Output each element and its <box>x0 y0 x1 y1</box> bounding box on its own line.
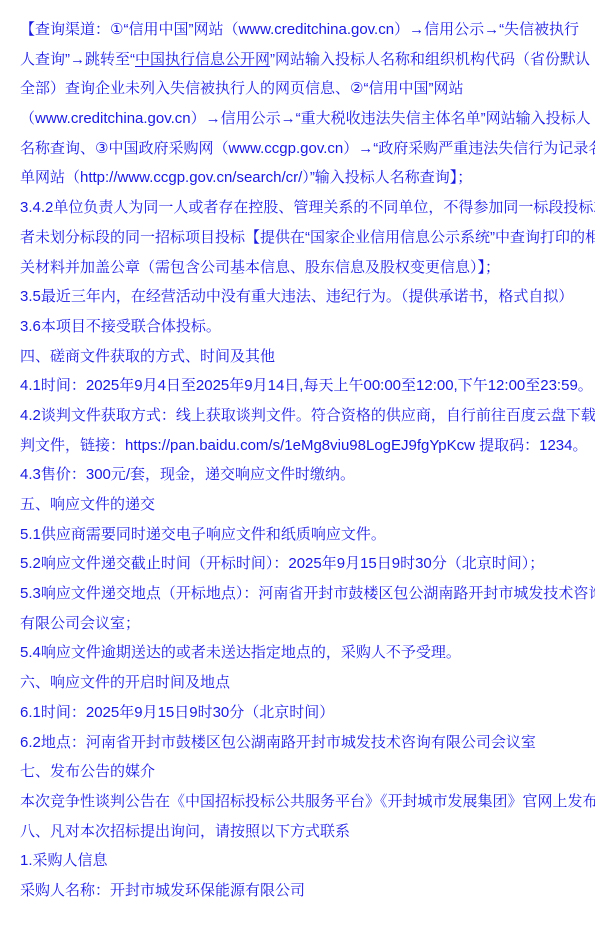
doc-section-heading: 七、发布公告的媒介 <box>20 757 595 787</box>
doc-line-text: 人查询”→跳转至“ <box>20 51 135 68</box>
doc-line: 6.2地点：河南省开封市鼓楼区包公湖南路开封市城发技术咨询有限公司会议室 <box>20 728 595 758</box>
doc-section-heading: 五、响应文件的递交 <box>20 490 595 520</box>
document-body: 【查询渠道：①“信用中国”网站（www.creditchina.gov.cn）→… <box>0 0 609 929</box>
doc-line: 5.2响应文件递交截止时间（开标时间）：2025年9月15日9时30分（北京时间… <box>20 549 595 579</box>
doc-line: 【查询渠道：①“信用中国”网站（www.creditchina.gov.cn）→… <box>20 15 595 45</box>
underlined-site-name: 中国执行信息公开网 <box>135 51 270 68</box>
doc-line: 4.2谈判文件获取方式：线上获取谈判文件。符合资格的供应商，自行前往百度云盘下载… <box>20 401 595 431</box>
doc-line: 5.4响应文件逾期送达的或者未送达指定地点的，采购人不予受理。 <box>20 638 595 668</box>
doc-line: 3.6本项目不接受联合体投标。 <box>20 312 595 342</box>
doc-line: 3.5最近三年内，在经营活动中没有重大违法、违纪行为。（提供承诺书，格式自拟） <box>20 282 595 312</box>
doc-line: 名称查询、③中国政府采购网（www.ccgp.gov.cn）→“政府采购严重违法… <box>20 134 595 164</box>
doc-line: 采购人名称：开封市城发环保能源有限公司 <box>20 876 595 906</box>
doc-line: 5.3响应文件递交地点（开标地点）：河南省开封市鼓楼区包公湖南路开封市城发技术咨… <box>20 579 595 609</box>
doc-line: 关材料并加盖公章（需包含公司基本信息、股东信息及股权变更信息）】； <box>20 253 595 283</box>
doc-line: 6.1时间：2025年9月15日9时30分（北京时间） <box>20 698 595 728</box>
doc-line: 5.1供应商需要同时递交电子响应文件和纸质响应文件。 <box>20 520 595 550</box>
doc-section-heading: 六、响应文件的开启时间及地点 <box>20 668 595 698</box>
doc-line-text: ”网站输入投标人名称和组织机构代码（省份默认 <box>270 51 590 68</box>
doc-line: 3.4.2单位负责人为同一人或者存在控股、管理关系的不同单位，不得参加同一标段投… <box>20 193 595 223</box>
doc-section-heading: 四、磋商文件获取的方式、时间及其他 <box>20 342 595 372</box>
doc-line: （www.creditchina.gov.cn）→信用公示→“重大税收违法失信主… <box>20 104 595 134</box>
doc-line: 人查询”→跳转至“中国执行信息公开网”网站输入投标人名称和组织机构代码（省份默认 <box>20 45 595 75</box>
doc-line: 1.采购人信息 <box>20 846 595 876</box>
doc-line: 单网站（http://www.ccgp.gov.cn/search/cr/）”输… <box>20 163 595 193</box>
doc-line: 本次竞争性谈判公告在《中国招标投标公共服务平台》《开封城市发展集团》官网上发布。 <box>20 787 595 817</box>
doc-line: 全部）查询企业未列入失信被执行人的网页信息、②“信用中国”网站 <box>20 74 595 104</box>
doc-line: 4.1时间：2025年9月4日至2025年9月14日,每天上午00:00至12:… <box>20 371 595 401</box>
doc-line: 者未划分标段的同一招标项目投标【提供在“国家企业信用信息公示系统”中查询打印的相 <box>20 223 595 253</box>
doc-section-heading: 八、凡对本次招标提出询问，请按照以下方式联系 <box>20 817 595 847</box>
doc-line: 有限公司会议室； <box>20 609 595 639</box>
doc-line: 4.3售价：300元/套，现金，递交响应文件时缴纳。 <box>20 460 595 490</box>
doc-line-download-link: 判文件，链接：https://pan.baidu.com/s/1eMg8viu9… <box>20 431 595 461</box>
